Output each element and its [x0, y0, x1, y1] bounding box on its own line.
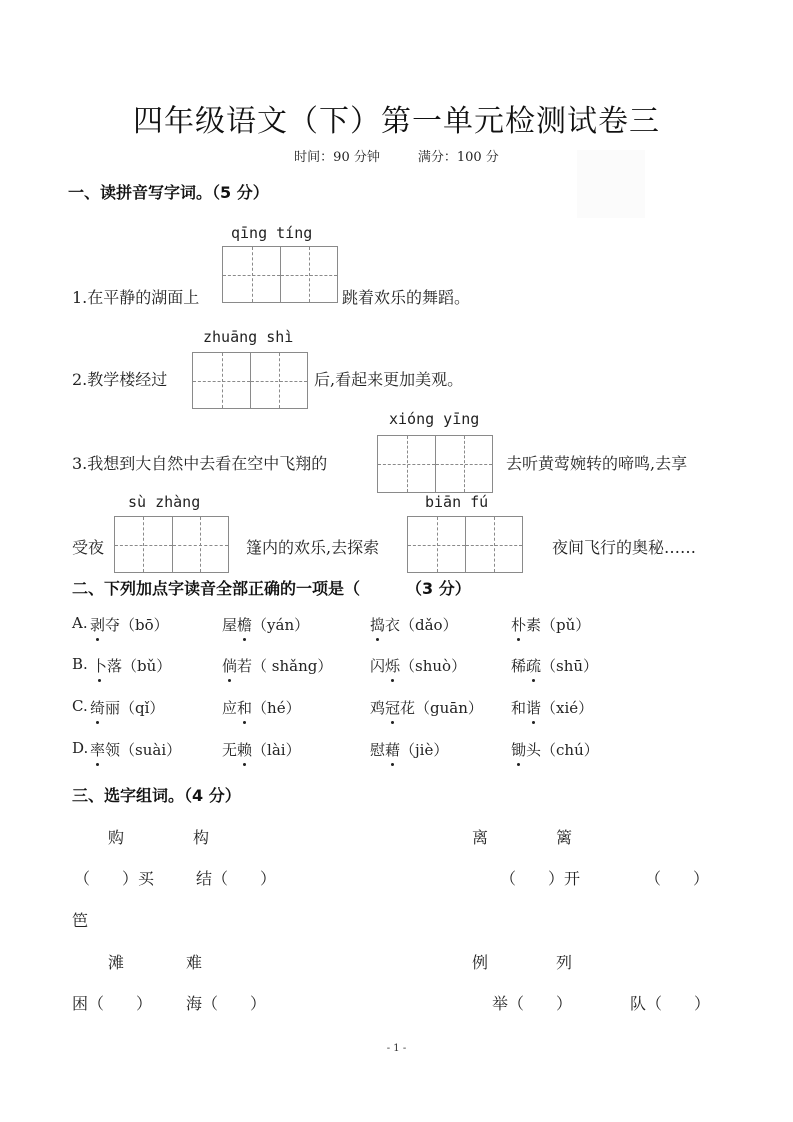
- char-li-2: 篱: [556, 825, 572, 848]
- blank-li-1[interactable]: （ ）开: [500, 866, 580, 889]
- answer-grid-1[interactable]: [222, 246, 338, 303]
- section1-heading: 一、读拼音写字词。（5 分）: [68, 180, 269, 203]
- char-li-1: 离: [472, 825, 488, 848]
- q2-after: 后,看起来更加美观。: [314, 367, 463, 390]
- blank-lie-1[interactable]: 举（ ）: [492, 991, 572, 1014]
- blank-li-2[interactable]: （ ）: [645, 866, 709, 889]
- q3-cont-after: 夜间飞行的奥秘……: [552, 535, 696, 558]
- option-d-label: D.: [72, 739, 88, 757]
- option-a-label: A.: [72, 614, 88, 632]
- option-b-label: B.: [72, 655, 88, 673]
- q1-before: 1.在平静的湖面上: [72, 285, 199, 308]
- pinyin-5: biān fú: [425, 493, 488, 511]
- option-c-word-3: 鸡冠花（guān）: [370, 697, 483, 718]
- char-gou-2: 构: [193, 825, 209, 848]
- char-nan-1: 滩: [108, 950, 124, 973]
- q3-after: 去听黄莺婉转的啼鸣,去享: [506, 451, 687, 474]
- answer-grid-5[interactable]: [407, 516, 523, 573]
- option-b-word-2: 倘若（ shǎng）: [222, 655, 332, 676]
- option-d-word-3: 慰藉（jiè）: [370, 739, 448, 760]
- q1-after: 跳着欢乐的舞蹈。: [342, 285, 470, 308]
- char-lie-1: 例: [472, 950, 488, 973]
- pinyin-1: qīng tíng: [231, 224, 312, 242]
- option-c-word-4: 和谐（xié）: [511, 697, 593, 718]
- q3-cont-before: 受夜: [72, 535, 104, 558]
- option-a-word-3: 捣衣（dǎo）: [370, 614, 458, 635]
- answer-grid-4[interactable]: [114, 516, 229, 573]
- page-title: 四年级语文（下）第一单元检测试卷三: [0, 96, 793, 140]
- blank-gou-1[interactable]: （ ）买: [74, 866, 154, 889]
- option-b-word-1: 卜落（bǔ）: [92, 655, 171, 676]
- section3-heading: 三、选字组词。（4 分）: [72, 783, 241, 806]
- char-gou-1: 购: [108, 825, 124, 848]
- blank-lie-2[interactable]: 队（ ）: [630, 991, 710, 1014]
- blank-nan-1[interactable]: 困（ ）: [72, 991, 152, 1014]
- blank-gou-2[interactable]: 结（ ）: [196, 866, 276, 889]
- q2-before: 2.教学楼经过: [72, 367, 167, 390]
- pinyin-4: sù zhàng: [128, 493, 200, 511]
- option-a-word-2: 屋檐（yán）: [222, 614, 309, 635]
- option-c-word-2: 应和（hé）: [222, 697, 301, 718]
- option-a-word-1: 剥夺（bō）: [90, 614, 169, 635]
- char-nan-2: 难: [186, 950, 202, 973]
- option-b-word-3: 闪烁（shuò）: [370, 655, 466, 676]
- char-lie-2: 列: [556, 950, 572, 973]
- option-d-word-4: 锄头（chú）: [511, 739, 599, 760]
- scan-smudge: [577, 150, 645, 218]
- pinyin-3: xióng yīng: [389, 410, 479, 428]
- option-d-word-2: 无赖（lài）: [222, 739, 301, 760]
- answer-grid-2[interactable]: [192, 352, 308, 409]
- section2-heading: 二、下列加点字读音全部正确的一项是（（3 分）: [72, 576, 471, 599]
- blank-nan-2[interactable]: 海（ ）: [186, 991, 266, 1014]
- option-c-word-1: 绮丽（qǐ）: [90, 697, 164, 718]
- time-limit: 时间：90 分钟: [294, 150, 380, 165]
- q3-before: 3.我想到大自然中去看在空中飞翔的: [72, 451, 327, 474]
- option-c-label: C.: [72, 697, 88, 715]
- option-a-word-4: 朴素（pǔ）: [511, 614, 590, 635]
- section2-score: （3 分）: [406, 579, 471, 598]
- exam-meta: 时间：90 分钟满分：100 分: [0, 146, 793, 165]
- full-score: 满分：100 分: [418, 150, 499, 165]
- answer-grid-3[interactable]: [377, 435, 493, 493]
- option-d-word-1: 率领（suài）: [90, 739, 181, 760]
- q3-cont-mid: 篷内的欢乐,去探索: [246, 535, 379, 558]
- overflow-ba: 笆: [72, 908, 88, 931]
- page-number: - 1 -: [0, 1043, 793, 1054]
- pinyin-2: zhuāng shì: [203, 328, 293, 346]
- option-b-word-4: 稀疏（shū）: [511, 655, 598, 676]
